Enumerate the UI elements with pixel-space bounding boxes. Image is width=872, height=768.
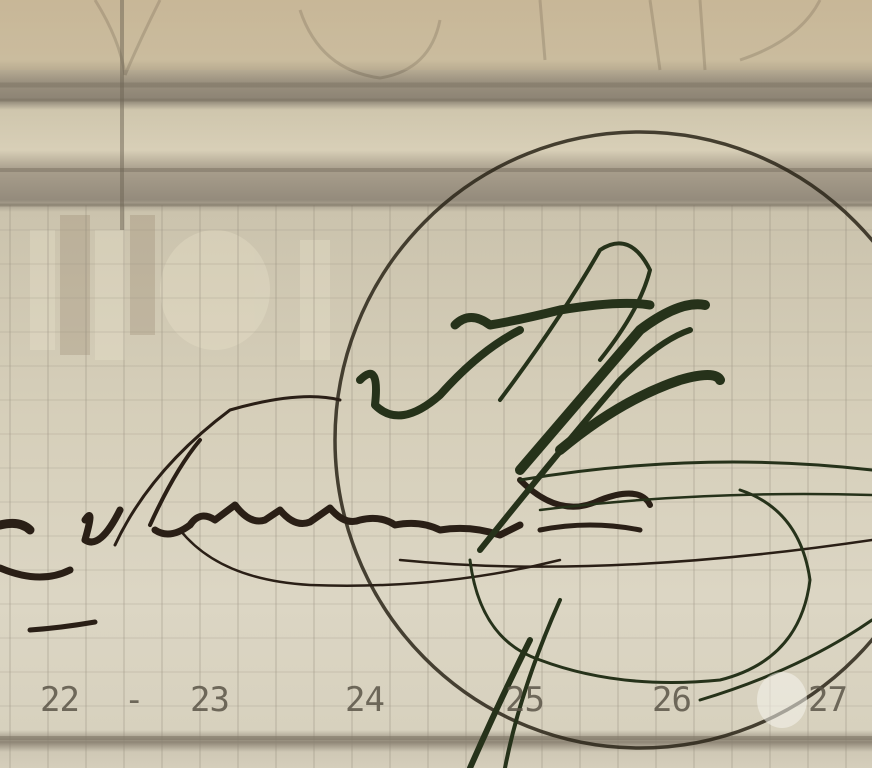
document-photo: 22 - 23 24 25 26 27 [0, 0, 872, 768]
printed-number: 24 [345, 680, 384, 720]
printed-number: - [124, 680, 143, 720]
printed-number: 27 [808, 680, 847, 720]
printed-number: 23 [190, 680, 229, 720]
printed-number: 26 [652, 680, 691, 720]
printed-numbers-row: 22 - 23 24 25 26 27 [0, 680, 872, 724]
green-signature [0, 0, 872, 768]
logo-watermark-icon [757, 672, 807, 728]
printed-number: 22 [40, 680, 79, 720]
printed-number: 25 [505, 680, 544, 720]
